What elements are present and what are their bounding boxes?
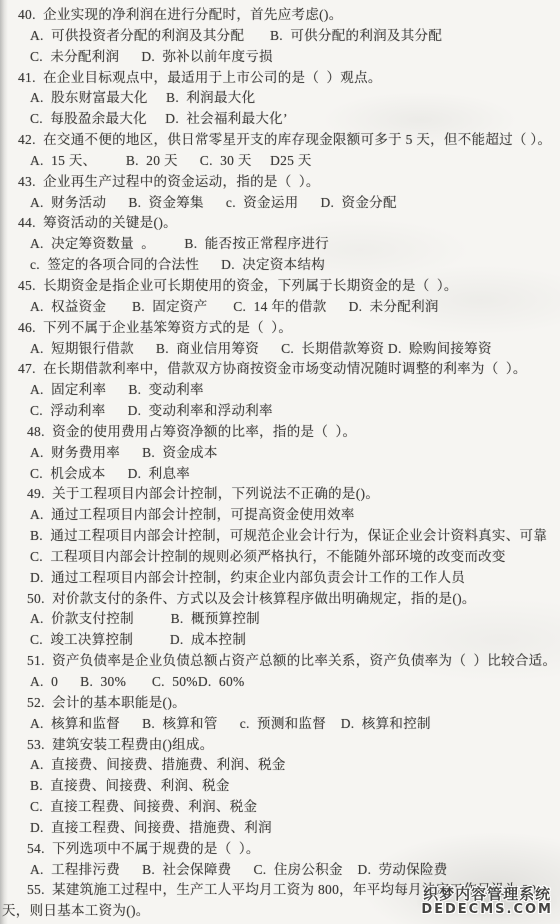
option-line: C. 未分配利润 D. 弥补以前年度亏损: [0, 47, 560, 68]
question-line: 47. 在长期借款利率中，借款双方协商按资金市场变动情况随时调整的利率为（ ）。: [0, 359, 560, 380]
option-line: A. 财务费用率 B. 资金成本: [0, 443, 560, 464]
watermark-chinese-text: 织梦内容管理系统: [421, 886, 553, 902]
question-block: 44. 筹资活动的关键是()。A. 决定筹资数量 。 B. 能否按正常程序进行c…: [0, 213, 560, 276]
option-line: A. 决定筹资数量 。 B. 能否按正常程序进行: [0, 234, 560, 255]
question-block: 41. 在企业目标观点中，最适用于上市公司的是（ ）观点。A. 股东财富最大化 …: [0, 68, 560, 131]
option-line: A. 可供投资者分配的利润及其分配 B. 可供分配的利润及其分配: [0, 26, 560, 47]
option-line: C. 直接工程费、间接费、利润、税金: [0, 797, 560, 818]
option-line: C. 浮动利率 D. 变动利率和浮动利率: [0, 401, 560, 422]
option-line: C. 机会成本 D. 利息率: [0, 464, 560, 485]
question-block: 49. 关于工程项目内部会计控制，下列说法不正确的是()。A. 通过工程项目内部…: [0, 484, 560, 588]
question-line: 41. 在企业目标观点中，最适用于上市公司的是（ ）观点。: [0, 68, 560, 89]
question-block: 43. 企业再生产过程中的资金运动，指的是（ ）。A. 财务活动 B. 资金筹集…: [0, 172, 560, 214]
question-line: 40. 企业实现的净利润在进行分配时，首先应考虑()。: [0, 5, 560, 26]
question-block: 46. 下列不属于企业基笨筹资方式的是（ ）。A. 短期银行借款 B. 商业信用…: [0, 318, 560, 360]
option-line: C. 每股盈余最大化 D. 社会福利最大化’: [0, 109, 560, 130]
option-line: A. 直接费、间接费、措施费、利润、税金: [0, 755, 560, 776]
option-line: A. 财务活动 B. 资金筹集 c. 资金运用 D. 资金分配: [0, 193, 560, 214]
option-line: A. 通过工程项目内部会计控制，可提高资金使用效率: [0, 505, 560, 526]
option-line: A. 工程排污费 B. 社会保障费 C. 住房公积金 D. 劳动保险费: [0, 860, 560, 881]
question-line: 45. 长期资金是指企业可长期使用的资金，下列属于长期资金的是（ ）。: [0, 276, 560, 297]
option-line: D. 直接工程费、间接费、措施费、利润: [0, 818, 560, 839]
question-line: 54. 下列选项中不属于规费的是（ ）。: [0, 839, 560, 860]
option-line: A. 价款支付控制 B. 概预算控制: [0, 609, 560, 630]
question-line: 43. 企业再生产过程中的资金运动，指的是（ ）。: [0, 172, 560, 193]
option-line: c. 签定的各项合同的合法性 D. 决定资本结构: [0, 255, 560, 276]
exam-page: 40. 企业实现的净利润在进行分配时，首先应考虑()。A. 可供投资者分配的利润…: [0, 0, 560, 924]
option-line: A. 15 天、 B. 20 天 C. 30 天 D25 天: [0, 151, 560, 172]
question-block: 40. 企业实现的净利润在进行分配时，首先应考虑()。A. 可供投资者分配的利润…: [0, 5, 560, 68]
option-line: A. 权益资金 B. 固定资产 C. 14 年的借款 D. 未分配利润: [0, 297, 560, 318]
question-line: 48. 资金的使用费用占筹资净额的比率，指的是（ ）。: [0, 422, 560, 443]
option-line: A. 固定利率 B. 变动利率: [0, 380, 560, 401]
question-line: 50. 对价款支付的条件、方式以及会计核算程序做出明确规定，指的是()。: [0, 589, 560, 610]
question-block: 54. 下列选项中不属于规费的是（ ）。A. 工程排污费 B. 社会保障费 C.…: [0, 839, 560, 881]
question-block: 47. 在长期借款利率中，借款双方协商按资金市场变动情况随时调整的利率为（ ）。…: [0, 359, 560, 422]
question-block: 50. 对价款支付的条件、方式以及会计核算程序做出明确规定，指的是()。A. 价…: [0, 589, 560, 652]
question-block: 48. 资金的使用费用占筹资净额的比率，指的是（ ）。A. 财务费用率 B. 资…: [0, 422, 560, 485]
question-line: 51. 资产负债率是企业负债总额占资产总额的比率关系，资产负债率为（ ）比较合适…: [0, 651, 560, 672]
question-block: 53. 建筑安装工程费由()组成。A. 直接费、间接费、措施费、利润、税金B. …: [0, 735, 560, 839]
option-line: A. 0 B. 30% C. 50%D. 60%: [0, 672, 560, 693]
question-line: 44. 筹资活动的关键是()。: [0, 213, 560, 234]
questions: 40. 企业实现的净利润在进行分配时，首先应考虑()。A. 可供投资者分配的利润…: [0, 5, 560, 922]
option-line: C. 竣工决算控制 D. 成本控制: [0, 630, 560, 651]
question-line: 42. 在交通不便的地区，供日常零星开支的库存现金限额可多于 5 天，但不能超过…: [0, 130, 560, 151]
question-block: 52. 会计的基本职能是()。A. 核算和监督 B. 核算和管 c. 预测和监督…: [0, 693, 560, 735]
watermark-domain-text: DEDECMS.COM: [421, 902, 553, 917]
question-block: 51. 资产负债率是企业负债总额占资产总额的比率关系，资产负债率为（ ）比较合适…: [0, 651, 560, 693]
question-block: 42. 在交通不便的地区，供日常零星开支的库存现金限额可多于 5 天，但不能超过…: [0, 130, 560, 172]
option-line: A. 核算和监督 B. 核算和管 c. 预测和监督 D. 核算和控制: [0, 714, 560, 735]
question-line: 46. 下列不属于企业基笨筹资方式的是（ ）。: [0, 318, 560, 339]
option-line: B. 直接费、间接费、利润、税金: [0, 776, 560, 797]
question-line: 49. 关于工程项目内部会计控制，下列说法不正确的是()。: [0, 484, 560, 505]
watermark: 织梦内容管理系统 DEDECMS.COM: [417, 885, 557, 918]
question-block: 45. 长期资金是指企业可长期使用的资金，下列属于长期资金的是（ ）。A. 权益…: [0, 276, 560, 318]
question-line: 52. 会计的基本职能是()。: [0, 693, 560, 714]
question-line: 53. 建筑安装工程费由()组成。: [0, 735, 560, 756]
option-line: B. 通过工程项目内部会计控制，可规范企业会计行为，保证企业会计资料真实、可靠: [0, 526, 560, 547]
option-line: D. 通过工程项目内部会计控制，约束企业内部负责会计工作的工作人员: [0, 568, 560, 589]
option-line: A. 短期银行借款 B. 商业信用筹资 C. 长期借款筹资 D. 赊购间接筹资: [0, 339, 560, 360]
option-line: A. 股东财富最大化 B. 利润最大化: [0, 88, 560, 109]
option-line: C. 工程项目内部会计控制的规则必须严格执行，不能随外部环境的改变而改变: [0, 547, 560, 568]
